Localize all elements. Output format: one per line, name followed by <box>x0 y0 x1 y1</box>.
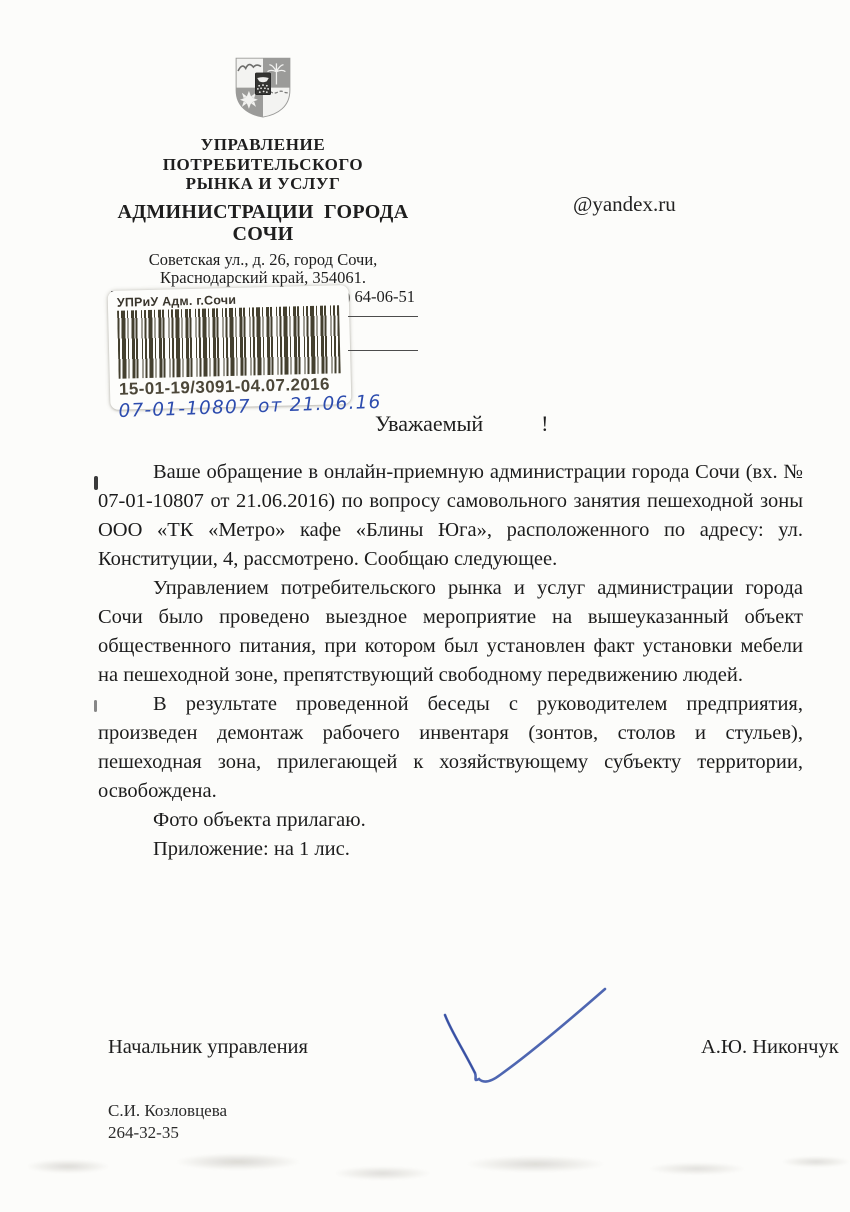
paragraph-attachment: Приложение: на 1 лис. <box>98 835 803 864</box>
paragraph-3: В результате проведенной беседы с руково… <box>98 690 803 806</box>
scan-speck <box>94 476 98 490</box>
address-line-2: Краснодарский край, 354061. <box>93 269 433 288</box>
scanned-letter-page: УПРАВЛЕНИЕ ПОТРЕБИТЕЛЬСКОГО РЫНКА И УСЛУ… <box>0 0 850 1212</box>
paragraph-2: Управлением потребительского рынка и усл… <box>98 574 803 690</box>
org-name-line-2: ПОТРЕБИТЕЛЬСКОГО <box>93 155 433 175</box>
salutation-punctuation: ! <box>541 411 548 437</box>
scan-speck <box>94 700 97 712</box>
paragraph-1: Ваше обращение в онлайн-приемную админис… <box>98 458 803 574</box>
letter-body: Ваше обращение в онлайн-приемную админис… <box>98 458 803 864</box>
salutation-word: Уважаемый <box>375 411 483 437</box>
letterhead: УПРАВЛЕНИЕ ПОТРЕБИТЕЛЬСКОГО РЫНКА И УСЛУ… <box>93 55 433 306</box>
address-line-1: Советская ул., д. 26, город Сочи, <box>93 251 433 270</box>
executor-name: С.И. Козловцева <box>108 1100 227 1122</box>
registration-blank-line-2 <box>348 350 418 351</box>
scan-noise-band <box>0 1148 850 1194</box>
barcode <box>117 305 341 378</box>
org-name-line-1: УПРАВЛЕНИЕ <box>93 135 433 155</box>
salutation: Уважаемый ! <box>375 411 549 437</box>
signer-position-title: Начальник управления <box>108 1036 308 1059</box>
handwritten-signature <box>433 985 613 1090</box>
registration-blank-line-1 <box>348 316 418 317</box>
email-fragment: @yandex.ru <box>573 192 676 217</box>
salutation-redacted-name-gap <box>483 411 541 437</box>
registration-sticker: УПРиУ Адм. г.Сочи 15-01-19/3091-04.07.20… <box>108 285 352 410</box>
sochi-coat-of-arms-icon <box>230 55 296 119</box>
signer-name: А.Ю. Никончук <box>701 1036 839 1059</box>
executor-phone: 264-32-35 <box>108 1122 227 1144</box>
executor-block: С.И. Козловцева 264-32-35 <box>108 1100 227 1143</box>
org-subtitle: АДМИНИСТРАЦИИ ГОРОДА СОЧИ <box>93 201 433 245</box>
org-name-line-3: РЫНКА И УСЛУГ <box>93 174 433 194</box>
paragraph-photo-attached: Фото объекта прилагаю. <box>98 806 803 835</box>
